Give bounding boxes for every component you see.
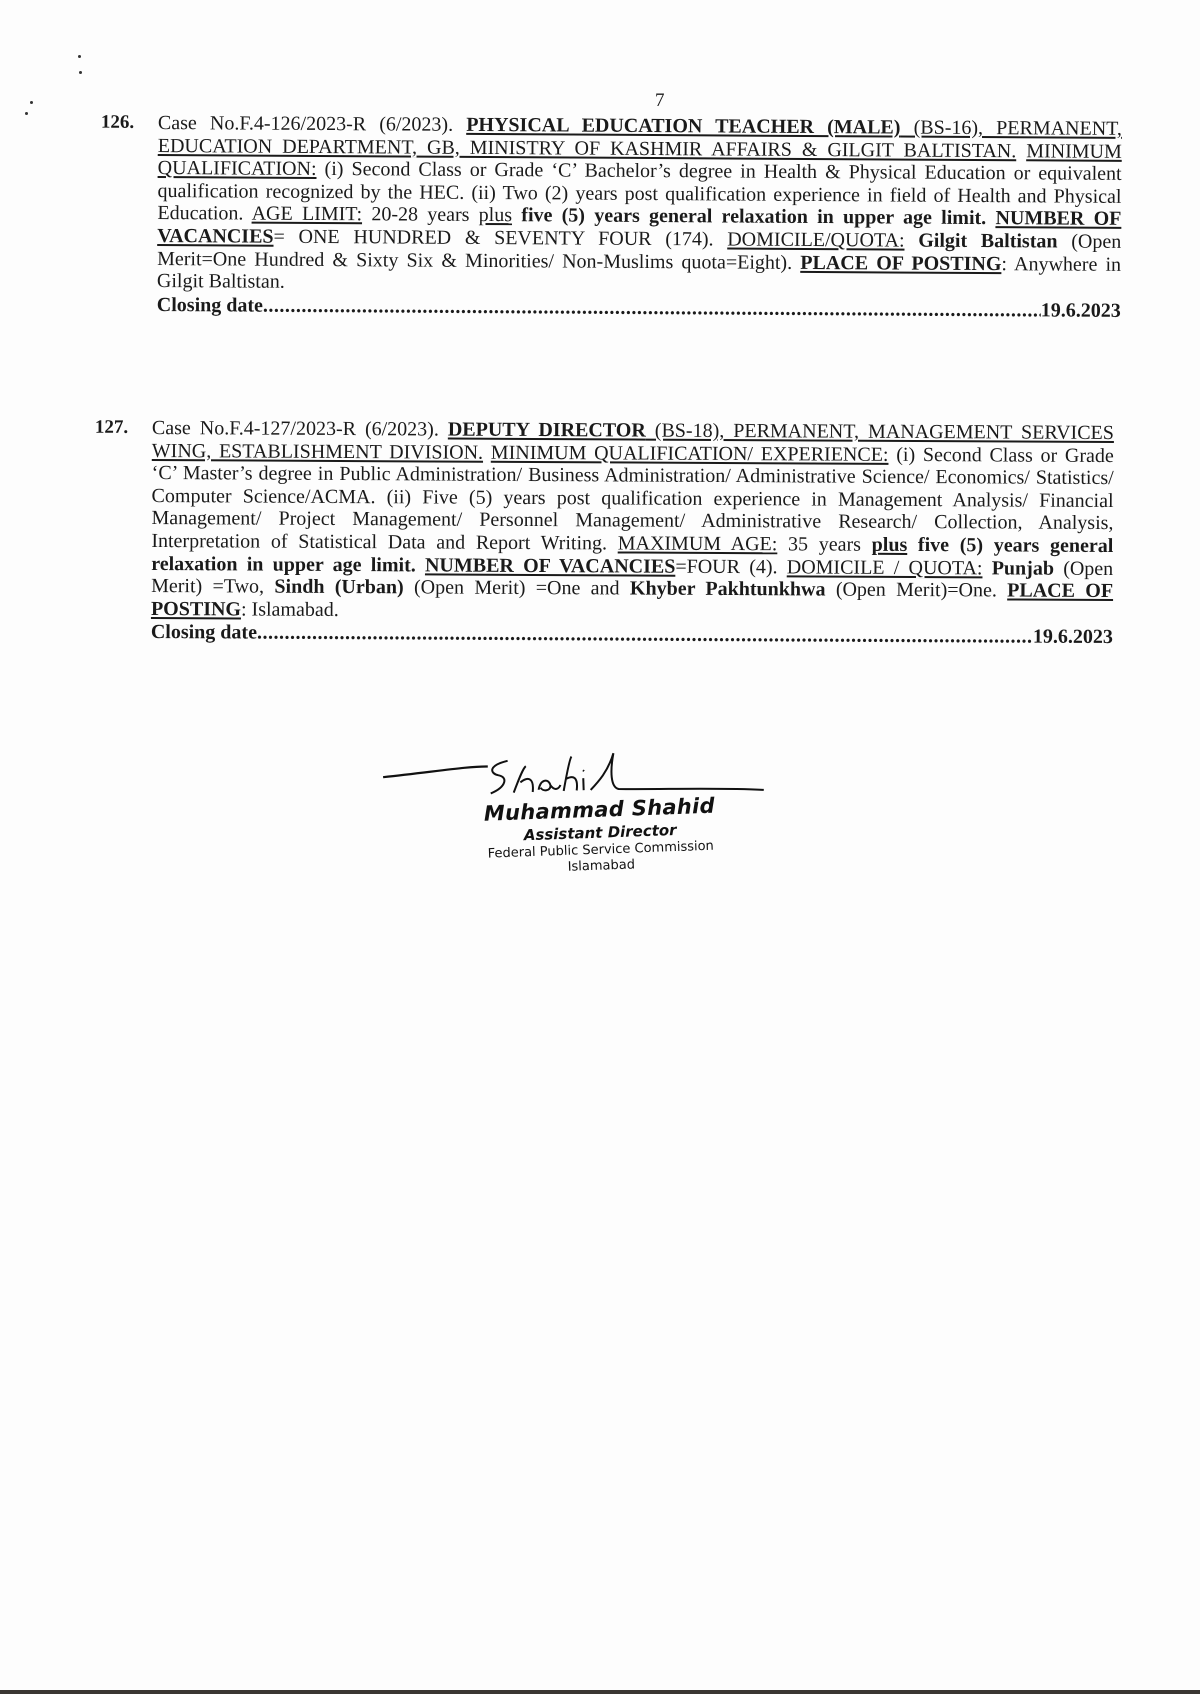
closing-label: Closing date xyxy=(157,294,263,317)
closing-date-row: Closing date 19.6.2023 xyxy=(157,294,1121,322)
age-relaxation: five (5) years general relaxation in upp… xyxy=(512,205,986,230)
entry-number: 126. xyxy=(101,112,134,135)
quota-label: DOMICILE / QUOTA: xyxy=(787,556,983,579)
quota-region: Gilgit Baltistan xyxy=(904,230,1057,253)
closing-label: Closing date xyxy=(151,621,257,644)
age-text: 35 years xyxy=(777,533,871,555)
vacancies-label: NUMBER OF VACANCIES xyxy=(425,554,675,577)
qualification-label: MINIMUM QUALIFICATION/ EXPERIENCE: xyxy=(491,441,889,465)
posting-text: : Islamabad. xyxy=(241,598,339,621)
signature-block: Muhammad Shahid Assistant Director Feder… xyxy=(377,741,802,916)
advertisement-entry-127: 127. Case No.F.4-127/2023-R (6/2023). DE… xyxy=(151,417,1114,649)
quota-text-sindh: (Open Merit) =One and xyxy=(404,576,630,599)
quota-text-kp: (Open Merit)=One. xyxy=(825,579,1007,602)
leader-dots xyxy=(257,622,1033,649)
vacancies-text: =FOUR (4). xyxy=(675,555,787,578)
leader-dots xyxy=(263,294,1041,321)
entry-body: Case No.F.4-127/2023-R (6/2023). DEPUTY … xyxy=(151,417,1114,625)
quota-region-kp: Khyber Pakhtunkhwa xyxy=(630,578,826,601)
vacancies-text: = ONE HUNDRED & SEVENTY FOUR (174). xyxy=(274,226,728,251)
entry-body: Case No.F.4-126/2023-R (6/2023). PHYSICA… xyxy=(157,112,1122,299)
age-plus: plus xyxy=(872,534,908,556)
age-label: MAXIMUM AGE: xyxy=(618,532,778,555)
quota-label: DOMICILE/QUOTA: xyxy=(727,228,904,251)
closing-date: 19.6.2023 xyxy=(1041,299,1121,322)
official-stamp: Muhammad Shahid Assistant Director Feder… xyxy=(469,793,731,878)
case-number: Case No.F.4-127/2023-R (6/2023). xyxy=(152,417,448,441)
age-text: 20-28 years xyxy=(362,204,479,227)
page-number: 7 xyxy=(655,90,665,112)
post-title: DEPUTY DIRECTOR xyxy=(448,419,646,442)
quota-region-sindh: Sindh (Urban) xyxy=(274,576,403,599)
age-plus: plus xyxy=(479,204,512,226)
entry-number: 127. xyxy=(95,417,128,440)
closing-date-row: Closing date 19.6.2023 xyxy=(151,621,1113,649)
post-title: PHYSICAL EDUCATION TEACHER (MALE) xyxy=(466,114,900,139)
closing-date: 19.6.2023 xyxy=(1033,626,1113,649)
advertisement-entry-126: 126. Case No.F.4-126/2023-R (6/2023). PH… xyxy=(157,112,1122,322)
case-number: Case No.F.4-126/2023-R (6/2023). xyxy=(158,112,466,136)
age-label: AGE LIMIT: xyxy=(252,203,363,226)
scan-bottom-edge xyxy=(0,1690,1200,1694)
quota-region-punjab: Punjab xyxy=(992,557,1054,579)
posting-label: PLACE OF POSTING xyxy=(800,251,1001,274)
